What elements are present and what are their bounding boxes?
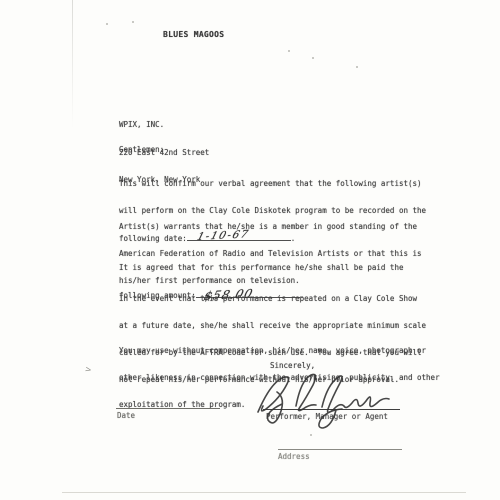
date-signature-line xyxy=(116,408,220,409)
recipient-line: WPIX, INC. xyxy=(119,120,209,130)
letterhead-band-name: BLUES MAGOOS xyxy=(163,30,224,39)
salutation: Gentlemen: xyxy=(119,145,164,154)
scan-speck xyxy=(312,57,314,59)
paper-edge-bottom xyxy=(62,492,466,493)
paper-edge-left xyxy=(72,0,73,128)
stray-pen-mark: > xyxy=(84,364,92,374)
scan-speck xyxy=(356,66,358,68)
date-label: Date xyxy=(117,411,135,420)
signature-scribble xyxy=(250,368,400,432)
letter-document: BLUES MAGOOS WPIX, INC. 220 East 42nd St… xyxy=(0,0,500,500)
address-line xyxy=(278,449,402,450)
address-label: Address xyxy=(278,452,310,461)
scan-speck xyxy=(310,434,312,436)
scan-speck xyxy=(106,23,108,25)
scan-speck xyxy=(132,21,134,23)
scan-speck xyxy=(288,50,290,52)
